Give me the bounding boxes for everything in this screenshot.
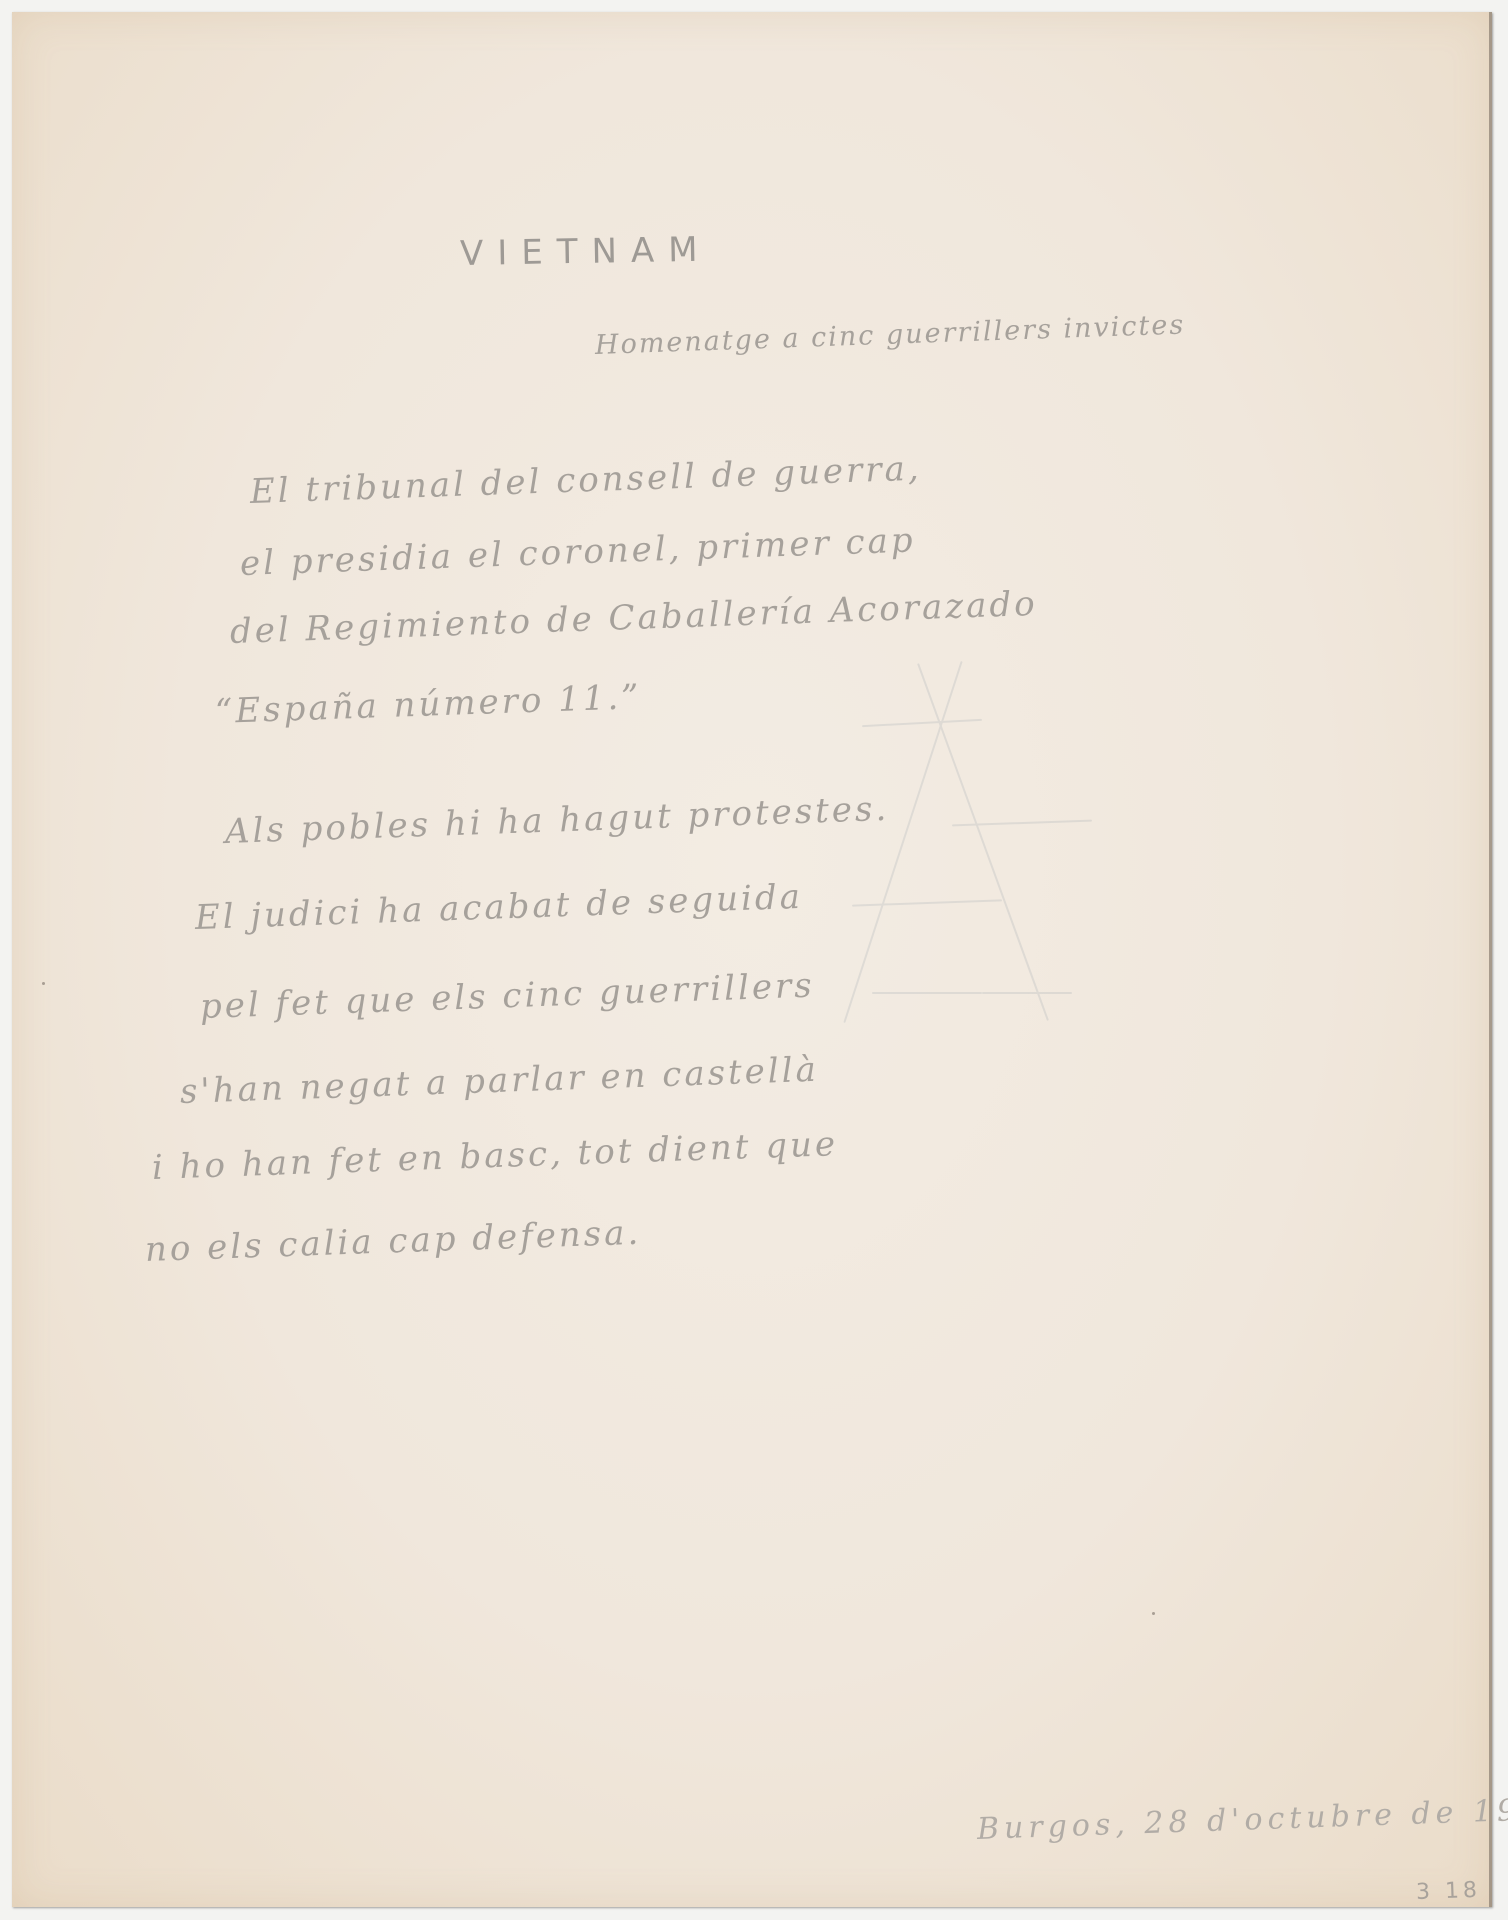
- paper-speck: [1152, 1612, 1155, 1615]
- poem-subtitle: Homenatge a cinc guerrillers invictes: [594, 309, 1185, 361]
- poem-title: VIETNAM: [460, 230, 712, 274]
- poem-line-5: Als pobles hi ha hagut protestes.: [224, 789, 890, 852]
- show-through-marks: [832, 632, 1092, 1052]
- poem-line-9: i ho han fet en basc, tot dient que: [151, 1124, 838, 1188]
- poem-line-6: El judici ha acabat de seguida: [194, 877, 803, 938]
- poem-line-1: El tribunal del consell de guerra,: [249, 449, 922, 512]
- manuscript-page: VIETNAM Homenatge a cinc guerrillers inv…: [12, 12, 1492, 1907]
- poem-line-10: no els calia cap defensa.: [144, 1213, 642, 1270]
- page-number: 3 18: [1416, 1878, 1482, 1905]
- poem-line-7: pel fet que els cinc guerrillers: [199, 966, 815, 1027]
- paper-speck: [42, 982, 45, 985]
- poem-line-4: “España número 11.”: [214, 677, 642, 732]
- dateline: Burgos, 28 d'octubre de 1969: [976, 1791, 1508, 1847]
- poem-line-8: s'han negat a parlar en castellà: [179, 1050, 819, 1112]
- poem-line-2: el presidia el coronel, primer cap: [239, 520, 916, 584]
